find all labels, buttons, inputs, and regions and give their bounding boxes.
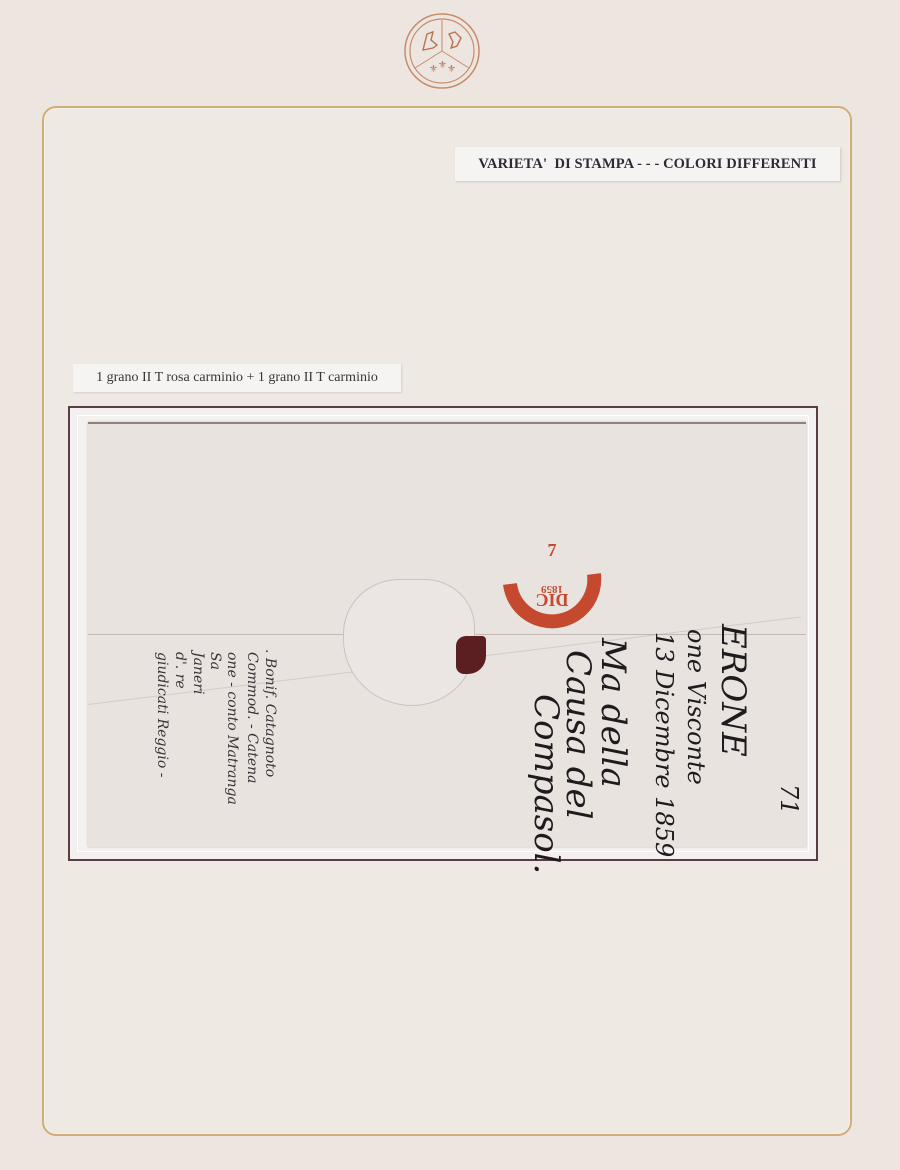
stamp-caption: 1 grano II T rosa carminio + 1 grano II … bbox=[73, 364, 401, 392]
address-line: one Visconte bbox=[682, 629, 710, 785]
docket-line: Commod. - Catena bbox=[244, 652, 260, 784]
wax-seal bbox=[456, 636, 486, 674]
address-line: Ma della bbox=[593, 638, 633, 788]
svg-text:7: 7 bbox=[548, 540, 557, 560]
address-line: Compasol. bbox=[526, 694, 566, 874]
svg-text:⚜: ⚜ bbox=[429, 64, 438, 75]
docket-line: . Bonif. Catagnoto bbox=[262, 649, 278, 777]
docket-line: one - conto Matranga bbox=[224, 652, 240, 805]
svg-text:⚜: ⚜ bbox=[447, 64, 456, 75]
address-date: 13 Dicembre 1859 bbox=[650, 632, 678, 857]
postal-cover: DIC 1859 7 71 ERONE one Visconte 13 Dice… bbox=[88, 422, 806, 847]
page-title: VARIETA' DI STAMPA - - - COLORI DIFFEREN… bbox=[455, 147, 840, 181]
docket-line: Janeri bbox=[190, 652, 206, 694]
seal-flap bbox=[343, 579, 475, 706]
crest-emblem-icon: ⚜ ⚜ ⚜ bbox=[403, 12, 481, 90]
address-line: ERONE bbox=[713, 624, 753, 757]
docket-line: d'. re bbox=[172, 652, 188, 689]
address-number: 71 bbox=[775, 784, 803, 815]
svg-text:⚜: ⚜ bbox=[438, 60, 447, 71]
docket-line: giudicati Reggio - bbox=[154, 652, 170, 777]
svg-text:1859: 1859 bbox=[541, 583, 564, 595]
postmark-stamp-icon: DIC 1859 7 bbox=[496, 534, 608, 646]
docket-line: Sa bbox=[207, 652, 223, 670]
